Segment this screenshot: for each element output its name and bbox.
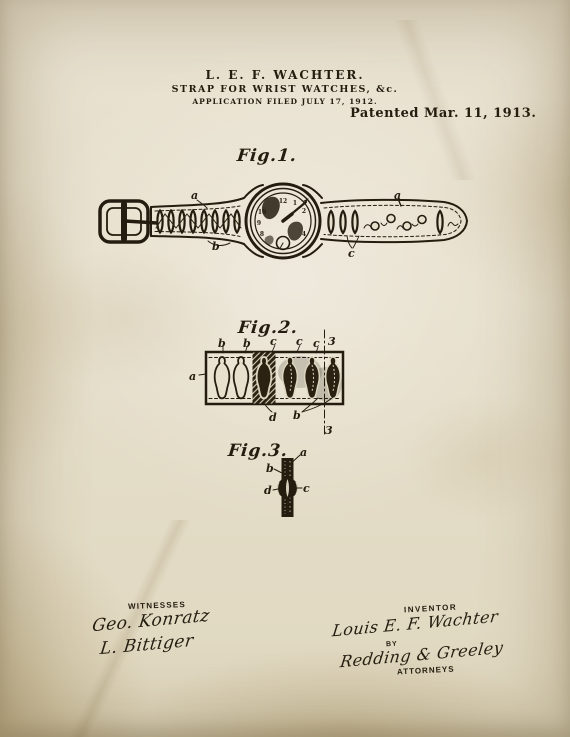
svg-text:12: 12 (279, 198, 287, 205)
fig3-label-c: c (303, 482, 310, 495)
figure-1-drawing: a b 12 1 2 4 8 9 10 (100, 184, 467, 260)
fig1-label-c: c (348, 247, 355, 260)
fig1-label-a-right: a (394, 189, 401, 202)
left-strap: a b (151, 189, 244, 253)
svg-text:9: 9 (257, 220, 261, 227)
fig2-label-d: d (269, 411, 277, 424)
fig2-label-c1: c (270, 335, 277, 348)
strap-eyelets (364, 215, 458, 231)
svg-text:8: 8 (260, 231, 264, 238)
fig2-label-b3: b (293, 409, 301, 422)
fig1-label-a-left: a (191, 189, 198, 202)
svg-text:1: 1 (293, 200, 297, 207)
fig2-section-mark-top: 3 (328, 335, 336, 348)
patent-print-page: { "header": { "inventor_line": "L. E. F.… (0, 0, 570, 737)
fig2-label-c2: c (296, 335, 303, 348)
svg-text:2: 2 (302, 208, 306, 215)
watch-case: 12 1 2 4 8 9 10 (244, 184, 322, 258)
right-strap: a c (321, 189, 467, 260)
fig2-label-b1: b (218, 337, 226, 350)
svg-text:4: 4 (302, 231, 306, 238)
strap-links-left (156, 211, 241, 233)
fig2-label-c3: c (313, 337, 320, 350)
buckle (100, 201, 157, 242)
figure-2-drawing: a b b c c c 3 3 d b (189, 330, 343, 437)
fig2-label-b2: b (243, 337, 251, 350)
fig3-label-b: b (266, 462, 274, 475)
fig2-label-a: a (189, 370, 196, 383)
fig2-section-mark-bottom: 3 (325, 424, 333, 437)
svg-text:10: 10 (258, 209, 266, 216)
fig1-label-b: b (212, 240, 220, 253)
fig3-label-d: d (264, 484, 272, 497)
figure-3-drawing: a b d c (264, 446, 310, 517)
fig3-label-a: a (300, 446, 307, 459)
